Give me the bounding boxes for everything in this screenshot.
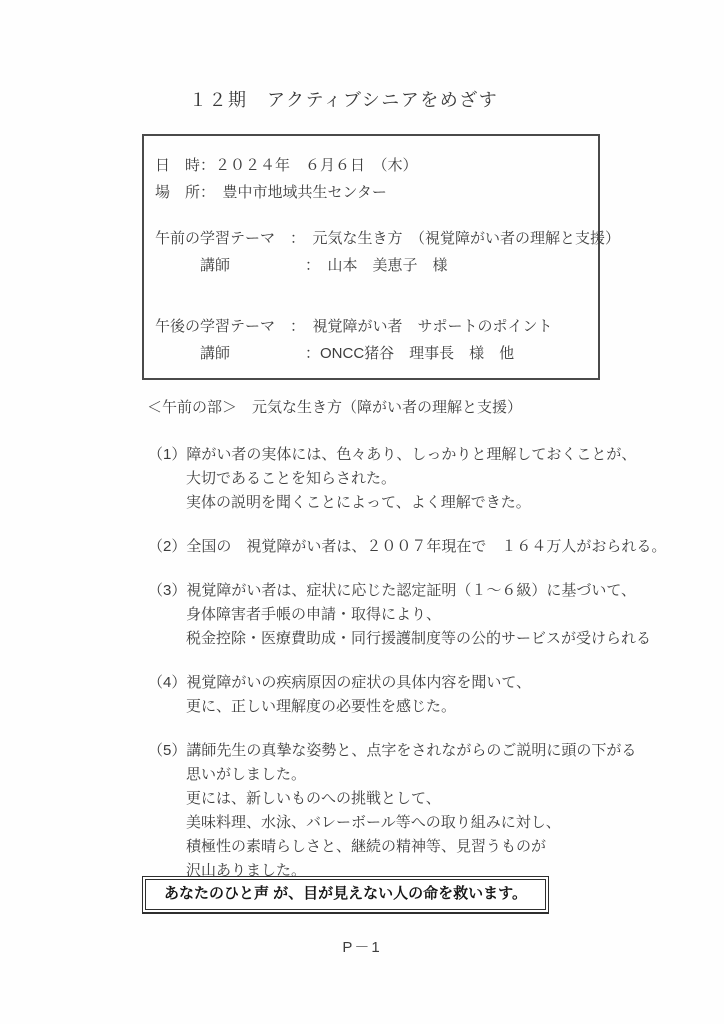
page-number: P－1 <box>0 936 724 957</box>
list-item-1: （1）障がい者の実体には、色々あり、しっかりと理解しておくことが、 大切であるこ… <box>148 443 628 515</box>
item-text: 更には、新しいものへの挑戦として、 <box>186 787 628 811</box>
item-text: 大切であることを知らされた。 <box>186 467 628 491</box>
document-page: １２期 アクティブシニアをめざす 日 時：２０２４年 ６月６日 （木） 場 所：… <box>0 0 724 1024</box>
item-number: （3） <box>148 579 186 603</box>
item-text: 更に、正しい理解度の必要性を感じた。 <box>186 695 628 719</box>
item-text: 身体障害者手帳の申請・取得により、 <box>186 603 628 627</box>
item-text: 講師先生の真摯な姿勢と、点字をされながらのご説明に頭の下がる <box>186 739 636 763</box>
document-title: １２期 アクティブシニアをめざす <box>189 86 498 112</box>
alert-box: あなたのひと声 が、目が見えない人の命を救います。 <box>142 876 549 914</box>
item-text: 思いがしました。 <box>186 763 628 787</box>
item-text: 視覚障がいの疾病原因の症状の具体内容を聞いて、 <box>186 671 531 695</box>
list-item-2: （2）全国の 視覚障がい者は、２００７年現在で １６４万人がおられる。 <box>148 535 628 559</box>
date-line: 日 時：２０２４年 ６月６日 （木） <box>155 152 592 179</box>
item-text: 障がい者の実体には、色々あり、しっかりと理解しておくことが、 <box>186 443 636 467</box>
section-heading: ＜午前の部＞ 元気な生き方（障がい者の理解と支援） <box>147 396 522 417</box>
morning-theme-line: 午前の学習テーマ ： 元気な生き方 （視覚障がい者の理解と支援） <box>155 225 592 252</box>
place-line: 場 所： 豊中市地域共生センター <box>155 179 592 206</box>
info-box: 日 時：２０２４年 ６月６日 （木） 場 所： 豊中市地域共生センター 午前の学… <box>142 134 600 380</box>
item-text: 美味料理、水泳、バレーボール等への取り組みに対し、 <box>186 811 628 835</box>
item-list: （1）障がい者の実体には、色々あり、しっかりと理解しておくことが、 大切であるこ… <box>148 443 628 883</box>
item-text: 積極性の素晴らしさと、継続の精神等、見習うものが <box>186 835 628 859</box>
alert-text: あなたのひと声 が、目が見えない人の命を救います。 <box>146 880 545 909</box>
morning-lecturer-line: 講師 ： 山本 美恵子 様 <box>155 252 592 279</box>
item-number: （2） <box>148 535 186 559</box>
item-text: 実体の説明を聞くことによって、よく理解できた。 <box>186 491 628 515</box>
list-item-5: （5）講師先生の真摯な姿勢と、点字をされながらのご説明に頭の下がる 思いがしまし… <box>148 739 628 883</box>
afternoon-lecturer-line: 講師 ：ONCC猪谷 理事長 様 他 <box>155 340 592 367</box>
afternoon-theme-line: 午後の学習テーマ ： 視覚障がい者 サポートのポイント <box>155 313 592 340</box>
list-item-3: （3）視覚障がい者は、症状に応じた認定証明（１～６級）に基づいて、 身体障害者手… <box>148 579 628 651</box>
item-number: （4） <box>148 671 186 695</box>
alert-box-inner: あなたのひと声 が、目が見えない人の命を救います。 <box>145 879 546 910</box>
item-number: （1） <box>148 443 186 467</box>
item-text: 全国の 視覚障がい者は、２００７年現在で １６４万人がおられる。 <box>186 535 666 559</box>
item-text: 視覚障がい者は、症状に応じた認定証明（１～６級）に基づいて、 <box>186 579 636 603</box>
item-number: （5） <box>148 739 186 763</box>
item-text: 税金控除・医療費助成・同行援護制度等の公的サービスが受けられる <box>186 627 628 651</box>
list-item-4: （4）視覚障がいの疾病原因の症状の具体内容を聞いて、 更に、正しい理解度の必要性… <box>148 671 628 719</box>
